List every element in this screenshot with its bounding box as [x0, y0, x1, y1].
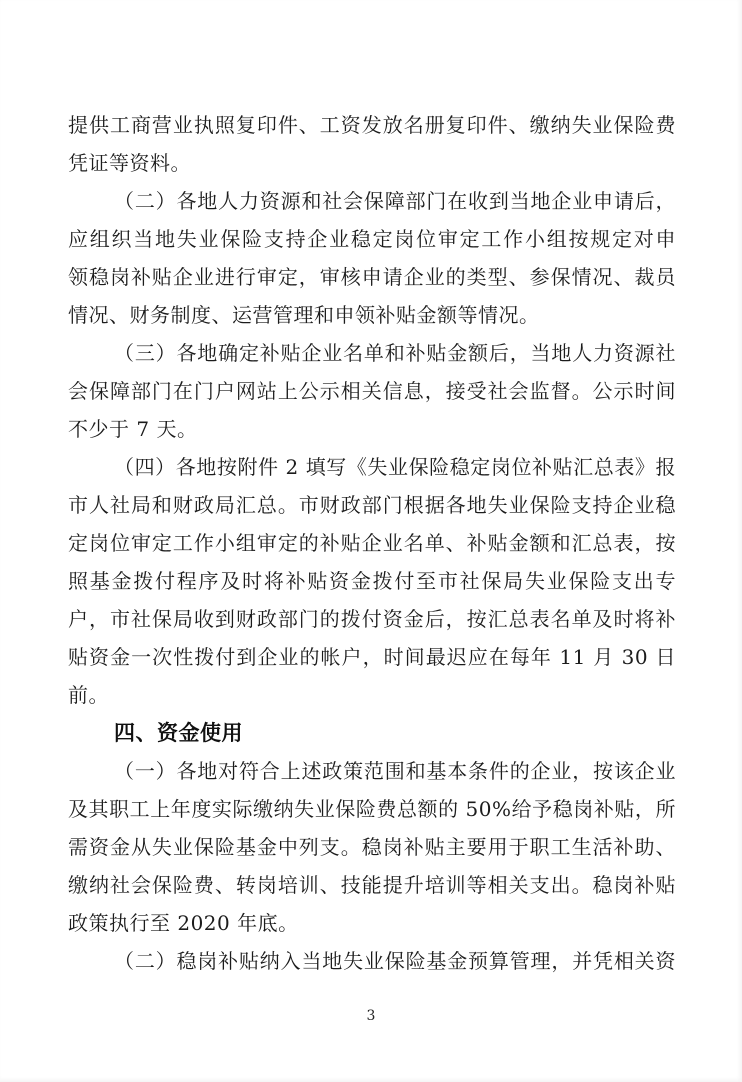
- text-line: 会保障部门在门户网站上公示相关信息，接受社会监督。公示时间: [68, 372, 676, 410]
- text-line: 凭证等资料。: [68, 144, 676, 182]
- document-page: 提供工商营业执照复印件、工资发放名册复印件、缴纳失业保险费 凭证等资料。 （二）…: [0, 0, 742, 1082]
- text-line: 市人社局和财政局汇总。市财政部门根据各地失业保险支持企业稳: [68, 486, 676, 524]
- text-line: （二）各地人力资源和社会保障部门在收到当地企业申请后，: [68, 182, 676, 220]
- text-line: 情况、财务制度、运营管理和申领补贴金额等情况。: [68, 296, 676, 334]
- text-line: 照基金拨付程序及时将补贴资金拨付至市社保局失业保险支出专: [68, 562, 676, 600]
- text-line: 需资金从失业保险基金中列支。稳岗补贴主要用于职工生活补助、: [68, 828, 676, 866]
- text-line: （二）稳岗补贴纳入当地失业保险基金预算管理，并凭相关资: [68, 942, 676, 980]
- text-line: （一）各地对符合上述政策范围和基本条件的企业，按该企业: [68, 752, 676, 790]
- text-line: 提供工商营业执照复印件、工资发放名册复印件、缴纳失业保险费: [68, 106, 676, 144]
- text-line: 户，市社保局收到财政部门的拨付资金后，按汇总表名单及时将补: [68, 600, 676, 638]
- text-line: （四）各地按附件 2 填写《失业保险稳定岗位补贴汇总表》报: [68, 448, 676, 486]
- page-number: 3: [0, 1008, 742, 1024]
- text-line: 不少于 7 天。: [68, 410, 676, 448]
- text-line: （三）各地确定补贴企业名单和补贴金额后，当地人力资源社: [68, 334, 676, 372]
- text-line: 政策执行至 2020 年底。: [68, 904, 676, 942]
- text-line: 前。: [68, 676, 676, 714]
- text-line: 领稳岗补贴企业进行审定，审核申请企业的类型、参保情况、裁员: [68, 258, 676, 296]
- text-line: 缴纳社会保险费、转岗培训、技能提升培训等相关支出。稳岗补贴: [68, 866, 676, 904]
- text-line: 及其职工上年度实际缴纳失业保险费总额的 50%给予稳岗补贴，所: [68, 790, 676, 828]
- document-body: 提供工商营业执照复印件、工资发放名册复印件、缴纳失业保险费 凭证等资料。 （二）…: [68, 106, 676, 980]
- text-line: 贴资金一次性拨付到企业的帐户，时间最迟应在每年 11 月 30 日之: [68, 638, 676, 676]
- section-heading: 四、资金使用: [68, 714, 676, 752]
- text-line: 定岗位审定工作小组审定的补贴企业名单、补贴金额和汇总表，按: [68, 524, 676, 562]
- text-line: 应组织当地失业保险支持企业稳定岗位审定工作小组按规定对申: [68, 220, 676, 258]
